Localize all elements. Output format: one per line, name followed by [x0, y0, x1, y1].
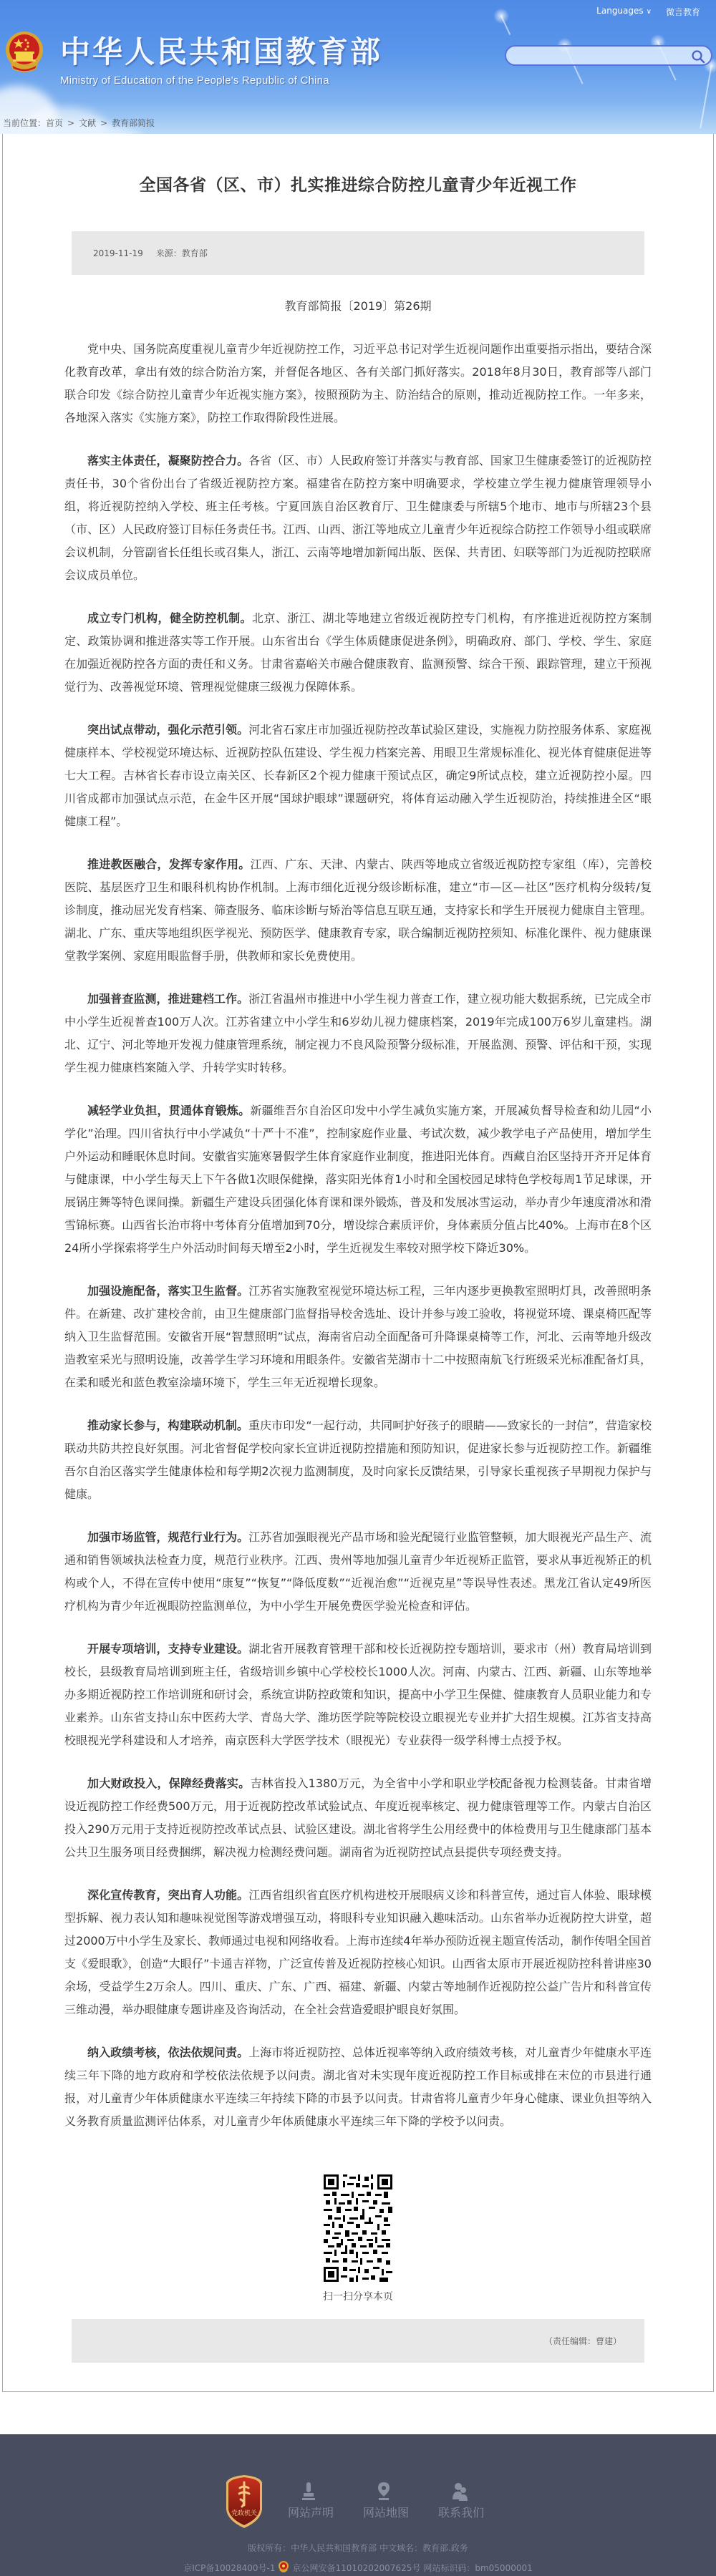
section-heading: 深化宣传教育，突出育人功能。 — [87, 1888, 248, 1902]
section-paragraph: 加强市场监管，规范行业行为。江苏省加强眼视光产品市场和验光配镜行业监管整顿，加大… — [64, 1526, 652, 1618]
search-box — [505, 45, 712, 66]
article-title: 全国各省（区、市）扎实推进综合防控儿童青少年近视工作 — [3, 172, 713, 195]
dandelion-decoration — [700, 65, 712, 129]
section-paragraph: 成立专门机构，健全防控机制。北京、浙江、湖北等地建立省级近视防控专门机构，有序推… — [64, 607, 652, 699]
section-heading: 加强市场监管，规范行业行为。 — [87, 1530, 248, 1544]
editor-bar: （责任编辑：曹建） — [72, 2319, 644, 2363]
breadcrumb: 当前位置：首页>文献>教育部简报 — [3, 117, 155, 129]
search-input[interactable] — [506, 47, 678, 64]
section-heading: 加大财政投入，保障经费落实。 — [87, 1777, 250, 1790]
breadcrumb-home[interactable]: 首页 — [46, 118, 63, 128]
site-title-en: Ministry of Education of the People's Re… — [60, 74, 382, 87]
section-paragraph: 突出试点带动，强化示范引领。河北省石家庄市加强近视防控改革试验区建设，实施视力防… — [64, 719, 652, 833]
section-paragraph: 开展专项培训，支持专业建设。湖北省开展教育管理干部和校长近视防控专题培训，要求市… — [64, 1638, 652, 1752]
breadcrumb-separator: > — [67, 118, 74, 128]
footer-link-statement[interactable]: 网站声明 — [288, 2474, 363, 2520]
responsible-editor: （责任编辑：曹建） — [544, 2335, 621, 2347]
national-emblem-icon — [4, 30, 44, 74]
party-government-badge-icon[interactable]: 党政机关 — [225, 2474, 263, 2529]
section-paragraph: 纳入政绩考核，依法依规问责。上海市将近视防控、总体近视率等纳入政府绩效考核，对儿… — [64, 2041, 652, 2133]
qr-caption: 扫一扫分享本页 — [3, 2289, 713, 2303]
copyright-text: 版权所有：中华人民共和国教育部 中文域名：教育部.政务 — [0, 2542, 716, 2554]
stamp-icon — [288, 2481, 363, 2501]
section-text: 江苏省实施教室视觉环境达标工程，三年内逐步更换教室照明灯具，改善照明条件。在新建… — [64, 1284, 652, 1389]
section-text: 河北省石家庄市加强近视防控改革试验区建设，实施视力防控服务体系、家庭视健康样本、… — [64, 723, 652, 828]
chevron-down-icon: ∨ — [647, 8, 652, 16]
footer-link-label: 网站声明 — [288, 2504, 363, 2520]
section-text: 江西、广东、天津、内蒙古、陕西等地成立省级近视防控专家组（库），完善校医院、基层… — [64, 857, 652, 963]
section-text: 湖北省开展教育管理干部和校长近视防控专题培训，要求市（州）教育局培训到校长，县级… — [64, 1642, 652, 1747]
section-paragraph: 减轻学业负担，贯通体育锻炼。新疆维吾尔自治区印发中小学生减负实施方案，开展减负督… — [64, 1099, 652, 1260]
police-badge-icon — [278, 2560, 289, 2575]
section-paragraph: 加大财政投入，保障经费落实。吉林省投入1380万元，为全省中小学和职业学校配备视… — [64, 1772, 652, 1864]
qr-share: 扫一扫分享本页 — [3, 2174, 713, 2303]
section-paragraph: 加强普查监测，推进建档工作。浙江省温州市推进中小学生视力普查工作，建立视功能大数… — [64, 988, 652, 1079]
article-body: 教育部简报〔2019〕第26期 党中央、国务院高度重视儿童青少年近视防控工作，习… — [64, 295, 652, 2133]
top-links: Languages∨ 微言教育 — [596, 6, 700, 18]
languages-label: Languages — [596, 6, 643, 16]
languages-dropdown[interactable]: Languages∨ — [596, 6, 652, 18]
site-code: 网站标识码：bm05000001 — [423, 2562, 532, 2574]
section-heading: 加强设施配备，落实卫生监督。 — [87, 1284, 248, 1298]
section-text: 新疆维吾尔自治区印发中小学生减负实施方案，开展减负督导检查和幼儿园“小学化”治理… — [64, 1104, 652, 1255]
article-container: 全国各省（区、市）扎实推进综合防控儿童青少年近视工作 2019-11-19 来源… — [2, 132, 714, 2392]
police-record[interactable]: 京公网安备11010202007625号 — [292, 2562, 420, 2574]
section-heading: 减轻学业负担，贯通体育锻炼。 — [87, 1104, 250, 1117]
qr-code-icon — [324, 2174, 392, 2282]
icp-record[interactable]: 京ICP备10028400号-1 — [183, 2562, 275, 2574]
section-paragraph: 推动家长参与，构建联动机制。重庆市印发“一起行动，共同呵护好孩子的眼睛——致家长… — [64, 1414, 652, 1506]
breadcrumb-prefix: 当前位置： — [3, 118, 46, 128]
issue-number: 教育部简报〔2019〕第26期 — [64, 295, 652, 318]
section-paragraph: 落实主体责任，凝聚防控合力。各省（区、市）人民政府签订并落实与教育部、国家卫生健… — [64, 449, 652, 587]
publish-date: 2019-11-19 — [93, 248, 143, 258]
section-heading: 成立专门机构，健全防控机制。 — [87, 611, 252, 625]
article-source: 来源：教育部 — [156, 247, 208, 259]
search-icon[interactable] — [691, 49, 705, 67]
intro-paragraph: 党中央、国务院高度重视儿童青少年近视防控工作，习近平总书记对学生近视问题作出重要… — [64, 338, 652, 429]
section-heading: 突出试点带动，强化示范引领。 — [87, 723, 248, 737]
section-heading: 推动家长参与，构建联动机制。 — [87, 1419, 248, 1432]
breadcrumb-literature[interactable]: 文献 — [79, 118, 96, 128]
section-paragraph: 深化宣传教育，突出育人功能。江西省组织省直医疗机构进校开展眼病义诊和科普宣传，通… — [64, 1884, 652, 2021]
svg-text:党政机关: 党政机关 — [231, 2509, 257, 2517]
section-text: 江西省组织省直医疗机构进校开展眼病义诊和科普宣传，通过盲人体验、眼球模型拆解、视… — [64, 1888, 652, 2016]
map-pin-icon — [363, 2481, 438, 2501]
dandelion-decoration — [500, 15, 511, 35]
section-heading: 推进教医融合，发挥专家作用。 — [87, 857, 251, 871]
section-heading: 落实主体责任，凝聚防控合力。 — [87, 454, 248, 467]
footer-link-contact[interactable]: 联系我们 — [438, 2474, 513, 2520]
weiyan-link[interactable]: 微言教育 — [666, 6, 700, 18]
section-text: 各省（区、市）人民政府签订并落实与教育部、国家卫生健康委签订的近视防控责任书，3… — [64, 454, 652, 582]
section-heading: 纳入政绩考核，依法依规问责。 — [87, 2046, 248, 2059]
section-heading: 加强普查监测，推进建档工作。 — [87, 992, 248, 1006]
site-footer: 党政机关 网站声明 网站地图 联系我们 版权所有：中华人民共和国教育部 中文域名… — [0, 2434, 716, 2576]
section-heading: 开展专项培训，支持专业建设。 — [87, 1642, 248, 1656]
site-title-cn: 中华人民共和国教育部 — [60, 29, 382, 72]
breadcrumb-briefing[interactable]: 教育部简报 — [112, 118, 155, 128]
site-logo[interactable]: 中华人民共和国教育部 Ministry of Education of the … — [60, 29, 382, 87]
footer-links: 党政机关 网站声明 网站地图 联系我们 — [225, 2474, 513, 2529]
contacts-icon — [438, 2481, 513, 2501]
section-paragraph: 加强设施配备，落实卫生监督。江苏省实施教室视觉环境达标工程，三年内逐步更换教室照… — [64, 1280, 652, 1394]
site-header: Languages∨ 微言教育 中华人民共和国教育部 Ministry of E… — [0, 0, 716, 134]
breadcrumb-separator: > — [100, 118, 107, 128]
record-info: 京ICP备10028400号-1 京公网安备11010202007625号 网站… — [0, 2560, 716, 2575]
section-paragraph: 推进教医融合，发挥专家作用。江西、广东、天津、内蒙古、陕西等地成立省级近视防控专… — [64, 853, 652, 968]
footer-link-label: 网站地图 — [363, 2504, 438, 2520]
footer-link-sitemap[interactable]: 网站地图 — [363, 2474, 438, 2520]
footer-link-label: 联系我们 — [438, 2504, 513, 2520]
article-meta: 2019-11-19 来源：教育部 — [72, 231, 644, 275]
